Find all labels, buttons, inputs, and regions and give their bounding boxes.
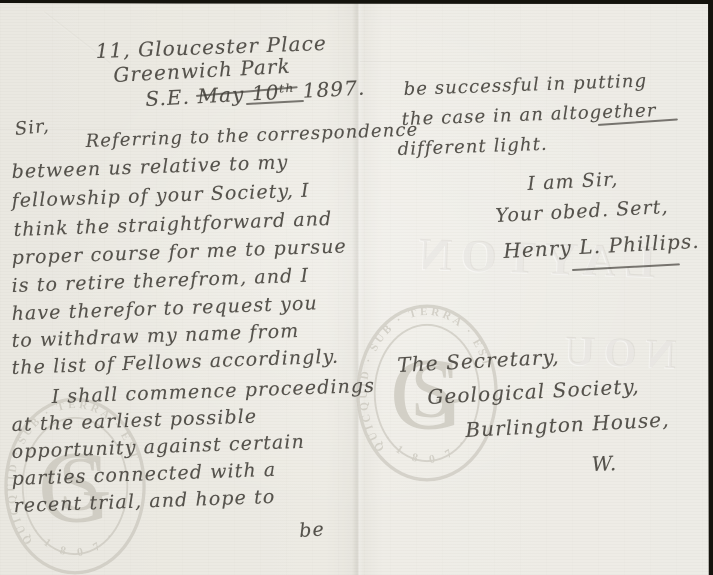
scan-edge-right xyxy=(708,3,713,575)
handwriting-line: Sir, xyxy=(14,115,51,140)
letter-paper: LAYTON NOU QUICQUID · SUB · TERRA · EST … xyxy=(0,3,709,575)
scan-edge-top xyxy=(0,0,709,4)
handwriting-line: is to retire therefrom, and I xyxy=(11,265,309,297)
handwriting-line: different light. xyxy=(397,134,548,160)
handwriting-line: to withdraw my name from xyxy=(11,320,299,352)
handwriting-line: between us relative to my xyxy=(11,151,289,183)
crease-line xyxy=(360,61,709,63)
letter-scan: LAYTON NOU QUICQUID · SUB · TERRA · EST … xyxy=(0,0,713,575)
handwriting-line: think the straightforward and xyxy=(13,208,332,241)
handwriting-line: the list of Fellows accordingly. xyxy=(11,346,339,379)
handwriting-line: be xyxy=(298,518,325,542)
handwriting-line: fellowship of your Society, I xyxy=(11,180,310,212)
handwriting-line: Referring to the correspondence xyxy=(85,119,418,152)
handwriting-line: Your obed. Sert, xyxy=(495,196,669,227)
handwriting-line: W. xyxy=(591,451,617,476)
watermark-showthrough-text: NOU xyxy=(555,327,677,379)
handwriting-line: I am Sir, xyxy=(527,168,619,195)
handwriting-line: the case in an altogether xyxy=(401,100,657,130)
handwriting-line: I shall commence proceedings xyxy=(51,375,375,408)
handwriting-line: proper course for me to pursue xyxy=(11,235,347,269)
handwriting-line: be successful in putting xyxy=(403,71,647,100)
